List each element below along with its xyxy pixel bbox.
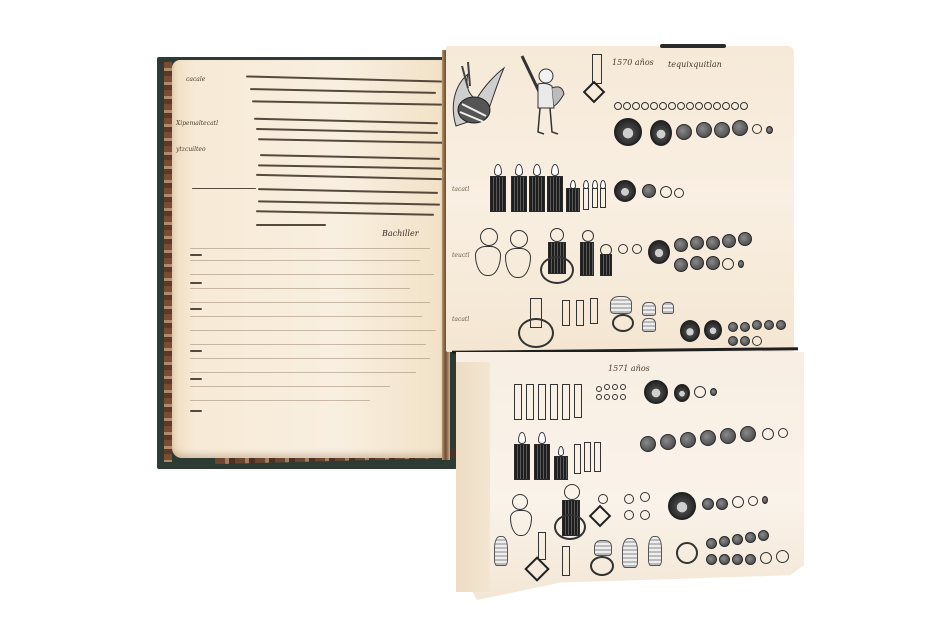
handwriting-line [246, 75, 442, 82]
dark-coin-icon [740, 426, 756, 442]
cross-coin-icon [760, 552, 772, 564]
dark-coin-icon [674, 258, 688, 272]
small-coin-icon [778, 428, 788, 438]
small-coin-icon [752, 124, 762, 134]
small-coin-icon [694, 386, 706, 398]
dark-coin-icon [640, 436, 656, 452]
diamond-coin-icon [614, 180, 636, 202]
dark-coin-icon [745, 532, 756, 543]
year-label-1571: 1571 años [608, 364, 650, 373]
half-coin-icon [710, 388, 717, 396]
faded-line [190, 330, 436, 331]
dark-coin-icon [719, 536, 730, 547]
dark-coin-icon [706, 236, 720, 250]
dark-coin-icon [690, 256, 704, 270]
dark-coin-icon [720, 428, 736, 444]
manuscript-photo: cacale Xipemaltecatl ytzcuilteo Bachille… [0, 0, 930, 620]
dark-coin-icon [676, 124, 692, 140]
faded-line [190, 344, 426, 345]
glyph-small-coin-icon [776, 550, 789, 563]
margin-dash [190, 308, 202, 310]
dark-coin-icon [758, 530, 769, 541]
glyph-coin-icon [614, 118, 642, 146]
dark-coin-icon [740, 336, 750, 346]
faded-line [190, 372, 416, 373]
glyph-coin-icon [704, 320, 722, 340]
margin-note: tacatl [452, 316, 469, 323]
dark-coin-icon [728, 336, 738, 346]
dark-coin-icon [752, 320, 762, 330]
large-dark-coin-icon [668, 492, 696, 520]
dark-coin-icon [728, 322, 738, 332]
faded-line [190, 288, 410, 289]
half-coin-icon [762, 496, 768, 504]
faded-line [190, 386, 390, 387]
book-spine-edge [164, 62, 172, 462]
faded-line [190, 274, 434, 275]
margin-dash [190, 350, 202, 352]
half-coin-icon [738, 260, 744, 268]
warrior-figure-icon [518, 54, 570, 146]
glyph-coin-icon [680, 320, 700, 342]
diamond-coin-icon [674, 384, 690, 402]
dark-coin-icon [738, 232, 752, 246]
page-top-mark [660, 44, 726, 48]
cross-coin-icon [660, 186, 672, 198]
dark-coin-icon [706, 538, 717, 549]
dark-coin-icon [642, 184, 656, 198]
margin-note: cacale [186, 76, 205, 83]
dark-coin-icon [660, 434, 676, 450]
margin-note: tacatl [452, 186, 469, 193]
faded-line [190, 316, 422, 317]
handwriting-line [258, 200, 440, 205]
dark-coin-icon [732, 120, 748, 136]
dark-coin-icon [714, 122, 730, 138]
glyph-coin-icon [650, 120, 672, 146]
separator-line [192, 188, 256, 189]
handwriting-line [258, 138, 444, 144]
feather-bundle-icon [446, 56, 508, 132]
dark-coin-icon [740, 322, 750, 332]
glyph-coin-icon [644, 380, 668, 404]
dark-coin-icon [764, 320, 774, 330]
glyph-coin-icon [648, 240, 670, 264]
faded-line [190, 248, 430, 249]
margin-note: teuctl [452, 252, 470, 259]
small-coin-icon [752, 336, 762, 346]
margin-dash [190, 254, 202, 256]
year-label-suffix: tequixquitlan [668, 60, 722, 69]
handwriting-line [252, 100, 442, 105]
dark-coin-icon [702, 498, 714, 510]
cross-coin-icon [762, 428, 774, 440]
year-label-1570: 1570 años [612, 58, 654, 67]
small-coin-icon [748, 496, 758, 506]
dark-coin-icon [706, 554, 717, 565]
dark-coin-icon [674, 238, 688, 252]
small-coin-icon [722, 258, 734, 270]
foldout-edge-strip [456, 362, 490, 592]
margin-note: ytzcuilteo [176, 146, 206, 153]
dark-coin-icon [696, 122, 712, 138]
glyph-coin-icon [676, 542, 698, 564]
margin-note: Xipemaltecatl [176, 120, 218, 127]
dark-coin-icon [732, 534, 743, 545]
handwriting-line [258, 188, 438, 194]
handwriting-line [256, 224, 326, 226]
margin-dash [190, 378, 202, 380]
faded-line [190, 302, 430, 303]
handwriting-line [256, 210, 434, 215]
faded-line [190, 260, 420, 261]
dark-coin-icon [732, 554, 743, 565]
dark-coin-icon [745, 554, 756, 565]
handwriting-line [258, 164, 442, 169]
left-page: cacale Xipemaltecatl ytzcuilteo Bachille… [172, 60, 450, 458]
dark-coin-icon [722, 234, 736, 248]
dark-coin-icon [700, 430, 716, 446]
margin-dash [190, 410, 202, 412]
faded-line [190, 358, 430, 359]
dark-coin-icon [706, 256, 720, 270]
handwriting-line [254, 118, 438, 124]
dark-coin-icon [690, 236, 704, 250]
small-coin-icon [674, 188, 684, 198]
margin-dash [190, 282, 202, 284]
faded-line [190, 400, 370, 401]
handwriting-line [260, 154, 440, 160]
dark-coin-icon [776, 320, 786, 330]
signature: Bachiller [382, 229, 419, 238]
handwriting-line [250, 88, 436, 94]
dark-coin-icon [719, 554, 730, 565]
cross-coin-icon [732, 496, 744, 508]
dark-coin-icon [680, 432, 696, 448]
handwriting-line [256, 174, 442, 180]
dark-coin-icon [716, 498, 728, 510]
handwriting-line [256, 128, 438, 134]
half-coin-icon [766, 126, 773, 134]
